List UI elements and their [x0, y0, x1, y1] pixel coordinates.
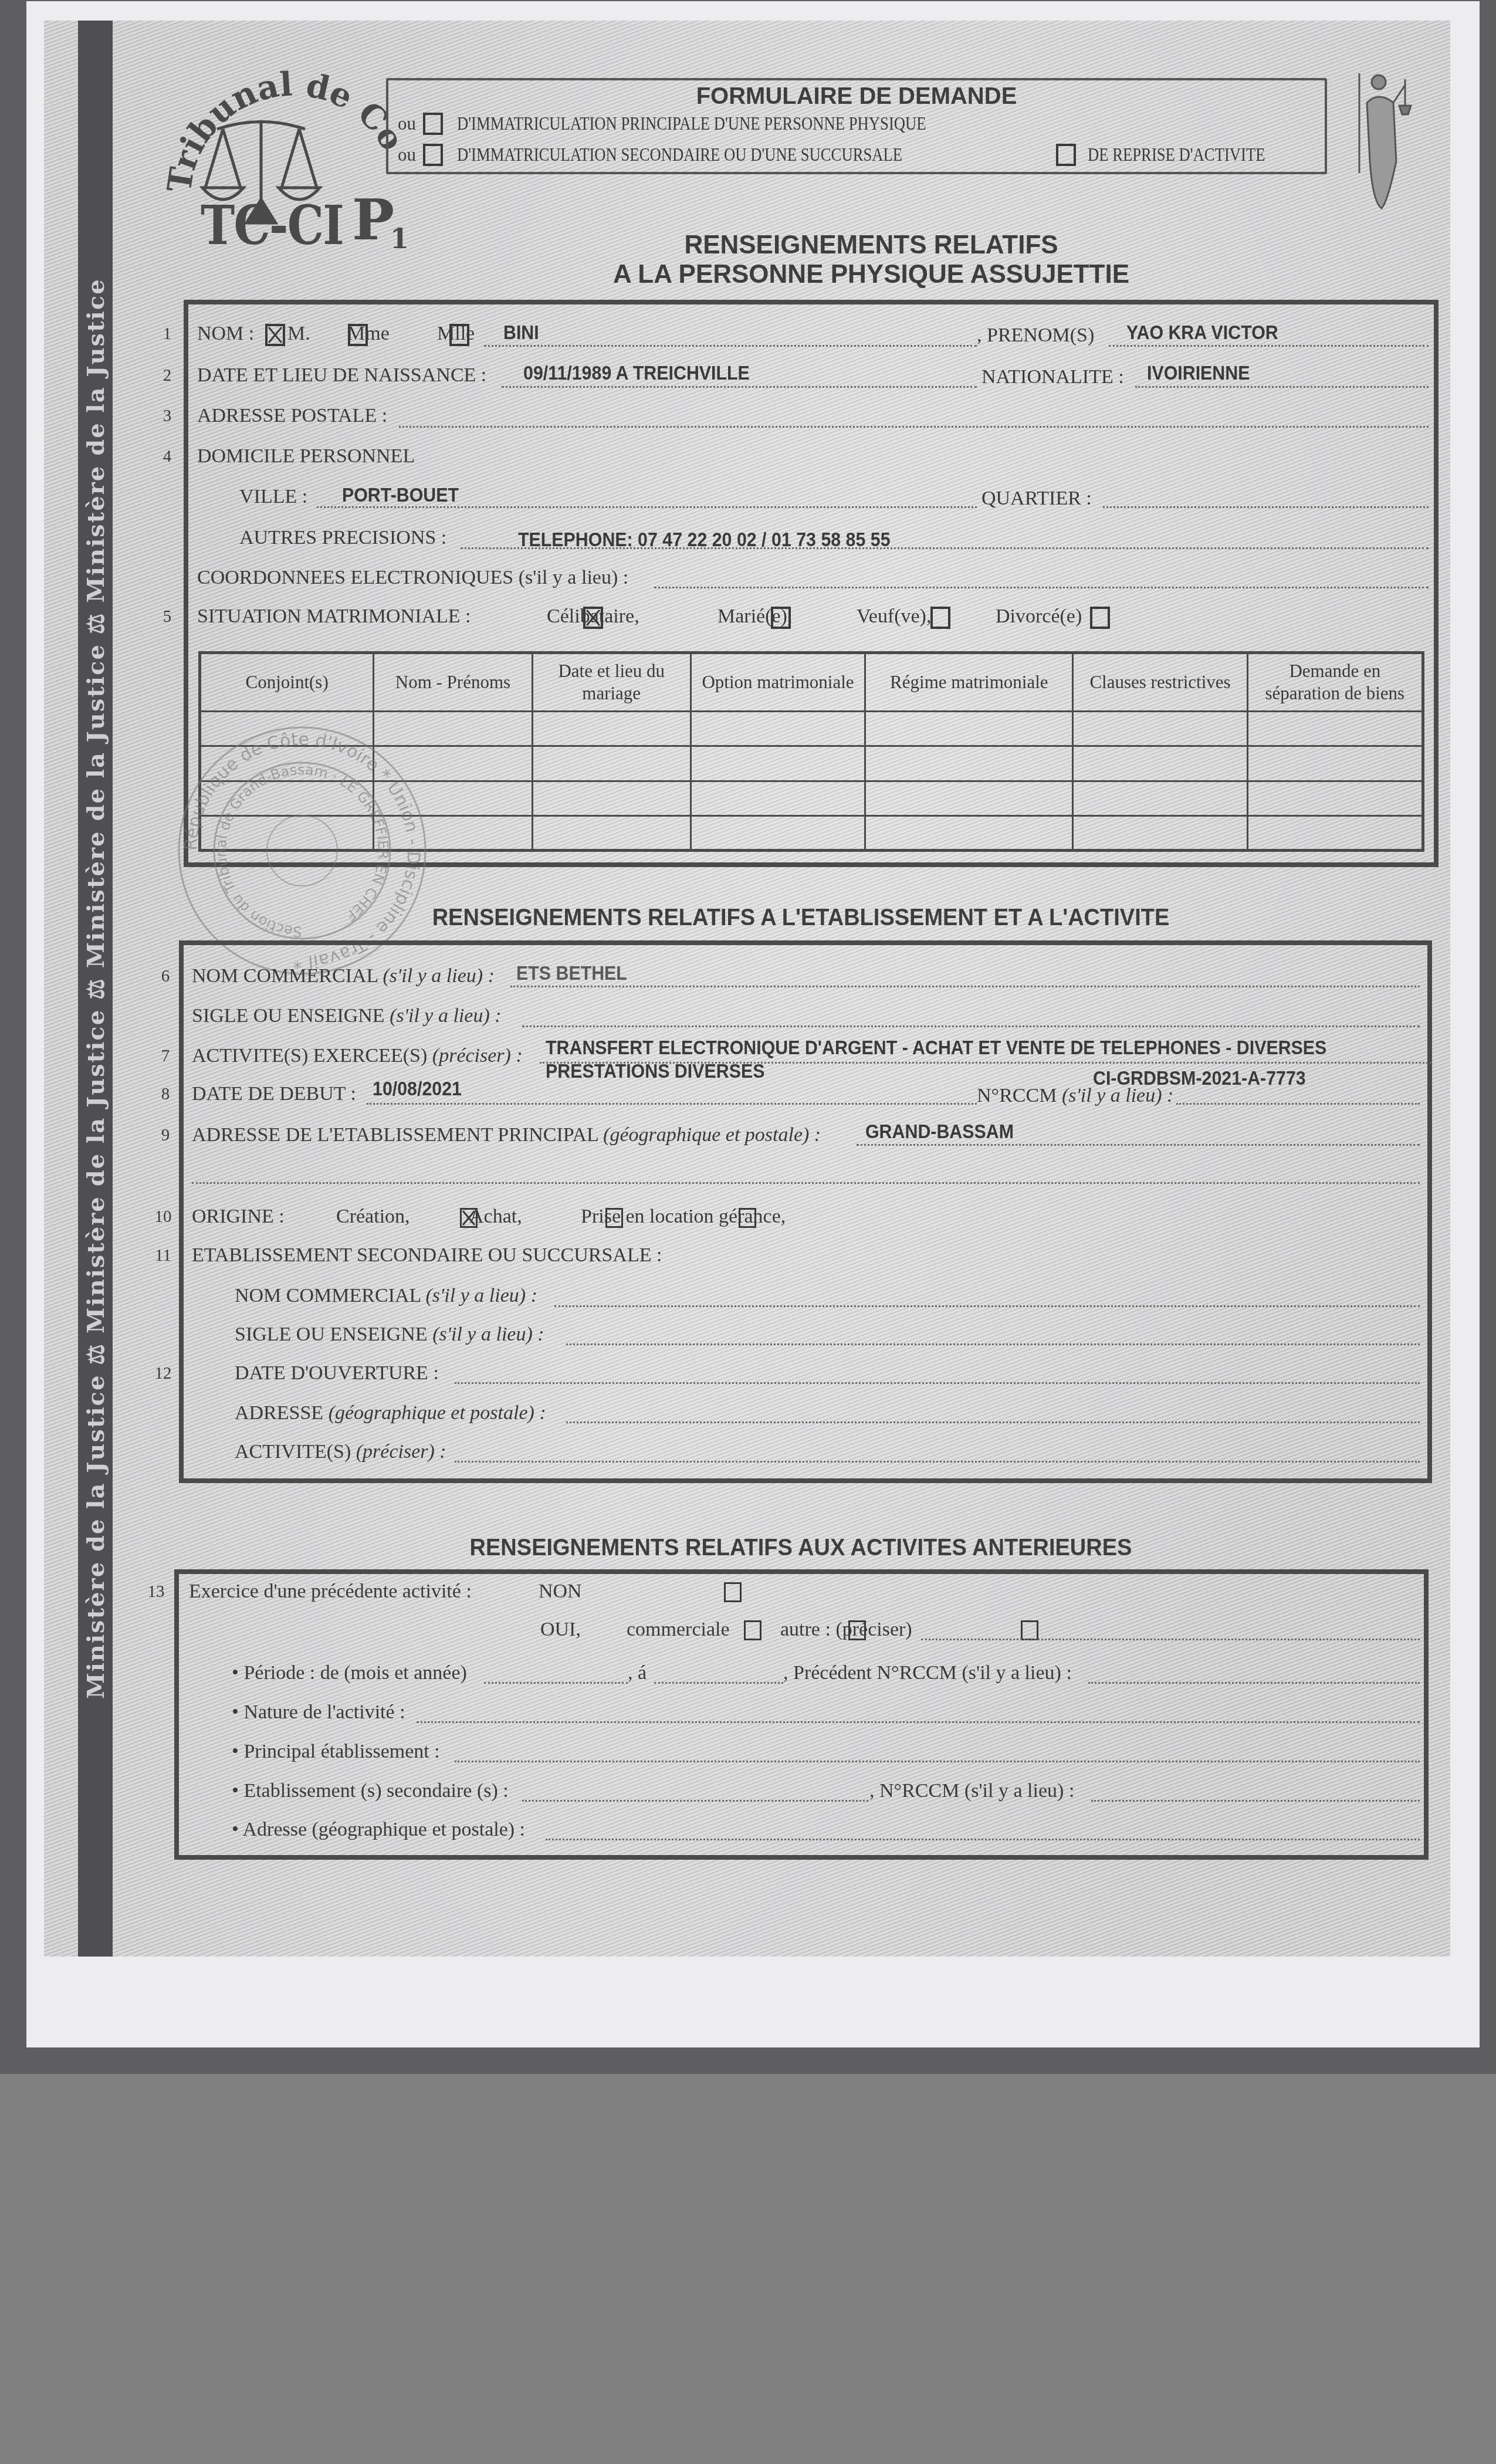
- section1-title-line2: A LA PERSONNE PHYSIQUE ASSUJETTIE: [123, 260, 1496, 289]
- checkbox-oui[interactable]: [744, 1620, 761, 1640]
- sigle-label: SIGLE OU ENSEIGNE (s'il y a lieu) :: [192, 1005, 502, 1027]
- etablissement-secondaire-field[interactable]: [522, 1800, 868, 1802]
- autre-field[interactable]: [921, 1639, 1420, 1640]
- table-cell[interactable]: [200, 815, 374, 850]
- sec-nom-commercial-label: NOM COMMERCIAL (s'il y a lieu) :: [235, 1285, 537, 1307]
- table-cell[interactable]: [691, 781, 865, 815]
- creation-label: Création,: [336, 1206, 410, 1228]
- sec-date-ouverture-field[interactable]: [455, 1382, 1420, 1384]
- etablissement-secondaire-label: ETABLISSEMENT SECONDAIRE OU SUCCURSALE :: [192, 1244, 662, 1267]
- label-text: ADRESSE DE L'ETABLISSEMENT PRINCIPAL: [192, 1124, 598, 1146]
- table-cell[interactable]: [200, 712, 374, 746]
- checkbox-immatriculation-principale[interactable]: [423, 113, 443, 135]
- sec-activites-label: ACTIVITE(S) (préciser) :: [235, 1441, 446, 1463]
- sec-sigle-field[interactable]: [566, 1343, 1420, 1345]
- table-row: [200, 781, 1423, 815]
- line-number: 2: [155, 366, 179, 385]
- section3-title: RENSEIGNEMENTS RELATIFS AUX ACTIVITES AN…: [90, 1535, 1496, 1561]
- label-text: SIGLE OU ENSEIGNE: [192, 1005, 385, 1027]
- situation-label: SITUATION MATRIMONIALE :: [197, 605, 471, 628]
- principal-etablissement-field[interactable]: [455, 1761, 1420, 1762]
- table-cell[interactable]: [1073, 746, 1247, 781]
- adresse-postale-label: ADRESSE POSTALE :: [197, 405, 387, 427]
- adresse-etablissement-field[interactable]: [857, 1144, 1420, 1146]
- domicile-label: DOMICILE PERSONNEL: [197, 445, 415, 468]
- col-date-lieu-mariage: Date et lieu du mariage: [532, 653, 691, 712]
- exercice-label: Exercice d'une précédente activité :: [189, 1580, 472, 1603]
- sec-adresse-label: ADRESSE (géographique et postale) :: [235, 1402, 546, 1424]
- table-cell[interactable]: [1073, 781, 1247, 815]
- precedent-rccm-field[interactable]: [1088, 1682, 1420, 1684]
- prenom-field[interactable]: [1109, 345, 1429, 347]
- checkbox-civilite-m[interactable]: [265, 324, 285, 346]
- adresse-etablissement-label: ADRESSE DE L'ETABLISSEMENT PRINCIPAL (gé…: [192, 1124, 821, 1146]
- label-hint: (géographique et postale) :: [329, 1402, 546, 1424]
- form-title: FORMULAIRE DE DEMANDE: [692, 83, 1021, 110]
- quartier-label: QUARTIER :: [981, 488, 1092, 510]
- sec-sigle-label: SIGLE OU ENSEIGNE (s'il y a lieu) :: [235, 1324, 544, 1346]
- option-label: DE REPRISE D'ACTIVITE: [1088, 144, 1265, 165]
- date-debut-field[interactable]: [367, 1103, 977, 1105]
- checkbox-reprise-activite[interactable]: [1056, 144, 1076, 166]
- oui-label: OUI,: [540, 1619, 581, 1641]
- secondaire-rccm-label: , N°RCCM (s'il y a lieu) :: [869, 1780, 1074, 1802]
- sec-nom-commercial-field[interactable]: [554, 1305, 1420, 1307]
- adresse-etablissement-field-2[interactable]: [192, 1182, 1420, 1184]
- label-hint: (géographique et postale) :: [603, 1124, 821, 1146]
- achat-label: Achat,: [469, 1206, 522, 1228]
- option-reprise-activite: DE REPRISE D'ACTIVITE: [1056, 144, 1294, 166]
- label-hint: (s'il y a lieu) :: [390, 1005, 501, 1027]
- rccm-label: N°RCCM (s'il y a lieu) :: [977, 1085, 1173, 1107]
- non-label: NON: [539, 1580, 582, 1603]
- line-number: 4: [155, 447, 179, 466]
- adresse-etablissement-value: GRAND-BASSAM: [865, 1121, 1014, 1143]
- line-number: 13: [144, 1582, 168, 1602]
- col-nom-prenoms: Nom - Prénoms: [374, 653, 532, 712]
- nationalite-field[interactable]: [1135, 386, 1429, 388]
- nom-label: NOM :: [197, 323, 254, 345]
- civilite-mme-label: Mme: [347, 323, 390, 345]
- label-text: NOM COMMERCIAL: [192, 965, 378, 987]
- table-cell[interactable]: [532, 815, 691, 850]
- sigle-field[interactable]: [522, 1025, 1420, 1027]
- checkbox-immatriculation-secondaire[interactable]: [423, 144, 443, 166]
- table-header-row: Conjoint(s) Nom - Prénoms Date et lieu d…: [200, 653, 1423, 712]
- checkbox-veuf[interactable]: [930, 607, 950, 629]
- nationalite-value: IVOIRIENNE: [1147, 362, 1250, 384]
- table-cell[interactable]: [691, 712, 865, 746]
- marie-label: Marié(e),: [717, 605, 792, 628]
- line-number: 10: [151, 1207, 175, 1227]
- table-cell[interactable]: [1247, 781, 1423, 815]
- option-immatriculation-principale: ou D'IMMATRICULATION PRINCIPALE D'UNE PE…: [398, 113, 1003, 135]
- label-hint: (s'il y a lieu) :: [432, 1324, 544, 1345]
- checkbox-divorce[interactable]: [1090, 607, 1110, 629]
- table-cell[interactable]: [374, 815, 532, 850]
- section2-title: RENSEIGNEMENTS RELATIFS A L'ETABLISSEMEN…: [90, 905, 1496, 931]
- option-immatriculation-secondaire: ou D'IMMATRICULATION SECONDAIRE OU D'UNE…: [398, 144, 975, 166]
- nature-activite-label: • Nature de l'activité :: [232, 1701, 405, 1724]
- nationalite-label: NATIONALITE :: [981, 366, 1124, 388]
- label-hint: (s'il y a lieu) :: [1062, 1085, 1173, 1106]
- etablissement-secondaire-label: • Etablissement (s) secondaire (s) :: [232, 1780, 509, 1802]
- col-regime-matrimonial: Régime matrimoniale: [865, 653, 1073, 712]
- table-cell[interactable]: [200, 746, 374, 781]
- table-cell[interactable]: [691, 815, 865, 850]
- table-cell[interactable]: [532, 712, 691, 746]
- table-cell[interactable]: [865, 746, 1073, 781]
- coordonnees-label: COORDONNEES ELECTRONIQUES (s'il y a lieu…: [197, 567, 628, 589]
- lady-justice-icon: [1346, 56, 1417, 226]
- periode-a-field[interactable]: [654, 1682, 783, 1684]
- periode-de-field[interactable]: [484, 1682, 628, 1684]
- table-cell[interactable]: [691, 746, 865, 781]
- adresse-postale-field[interactable]: [399, 426, 1429, 428]
- activites-label: ACTIVITE(S) EXERCEE(S) (préciser) :: [192, 1045, 523, 1067]
- sec-adresse-field[interactable]: [566, 1421, 1420, 1423]
- coordonnees-field[interactable]: [654, 587, 1429, 588]
- date-debut-label: DATE DE DEBUT :: [192, 1083, 356, 1105]
- nom-value: BINI: [503, 321, 539, 344]
- col-clauses-restrictives: Clauses restrictives: [1073, 653, 1247, 712]
- commerciale-label: commerciale: [627, 1619, 730, 1641]
- table-row: [200, 712, 1423, 746]
- activites-value-line2: PRESTATIONS DIVERSES: [546, 1060, 764, 1082]
- label-hint: (préciser) :: [356, 1441, 446, 1463]
- divorce-label: Divorcé(e): [996, 605, 1082, 628]
- prenom-label: , PRENOM(S): [977, 324, 1094, 347]
- veuf-label: Veuf(ve),: [857, 605, 931, 628]
- table-row: [200, 815, 1423, 850]
- line-number: 8: [154, 1085, 177, 1104]
- table-cell[interactable]: [200, 781, 374, 815]
- civilite-m-label: M.: [287, 323, 310, 345]
- ville-label: VILLE :: [239, 486, 307, 508]
- autres-precisions-value: TELEPHONE: 07 47 22 20 02 / 01 73 58 85 …: [518, 529, 891, 551]
- location-gerance-label: Prise en location gérance,: [581, 1206, 786, 1228]
- ministry-banner-text: Ministère de la Justice ⚖ Ministère de l…: [78, 21, 113, 1957]
- table-cell[interactable]: [374, 746, 532, 781]
- activites-value-line1: TRANSFERT ELECTRONIQUE D'ARGENT - ACHAT …: [546, 1037, 1326, 1059]
- nom-field[interactable]: [484, 345, 977, 347]
- nom-commercial-label: NOM COMMERCIAL (s'il y a lieu) :: [192, 965, 495, 987]
- table-cell[interactable]: [532, 781, 691, 815]
- periode-label: • Période : de (mois et année): [232, 1662, 467, 1684]
- label-text: NOM COMMERCIAL: [235, 1285, 421, 1307]
- option-prefix: ou: [398, 144, 416, 165]
- checkbox-autre[interactable]: [1021, 1620, 1038, 1640]
- secondaire-rccm-field[interactable]: [1091, 1800, 1420, 1802]
- table-row: [200, 746, 1423, 781]
- marital-table: Conjoint(s) Nom - Prénoms Date et lieu d…: [198, 651, 1424, 852]
- sec-activites-field[interactable]: [455, 1461, 1420, 1463]
- date-debut-value: 10/08/2021: [373, 1078, 462, 1100]
- table-cell[interactable]: [865, 815, 1073, 850]
- line-number: 7: [154, 1047, 177, 1066]
- line-number: 1: [155, 324, 179, 344]
- sec-date-ouverture-label: DATE D'OUVERTURE :: [235, 1362, 439, 1385]
- label-hint: (s'il y a lieu) :: [383, 965, 495, 987]
- option-label: D'IMMATRICULATION SECONDAIRE OU D'UNE SU…: [457, 144, 902, 165]
- quartier-field[interactable]: [1103, 506, 1429, 508]
- nom-commercial-field[interactable]: [510, 986, 1420, 987]
- line-number: 5: [155, 607, 179, 627]
- precedent-rccm-label: , Précédent N°RCCM (s'il y a lieu) :: [783, 1662, 1072, 1684]
- table-cell[interactable]: [374, 712, 532, 746]
- prenom-value: YAO KRA VICTOR: [1126, 321, 1278, 344]
- table-cell[interactable]: [1247, 712, 1423, 746]
- label-text: ACTIVITE(S) EXERCEE(S): [192, 1045, 427, 1067]
- celibataire-label: Célibataire,: [547, 605, 639, 628]
- table-cell[interactable]: [865, 781, 1073, 815]
- nature-activite-field[interactable]: [417, 1721, 1420, 1723]
- line-number: 9: [154, 1126, 177, 1145]
- checkbox-non[interactable]: [724, 1582, 742, 1602]
- autre-label: autre : (préciser): [780, 1619, 912, 1641]
- col-conjoints: Conjoint(s): [200, 653, 374, 712]
- line-number: 12: [151, 1364, 175, 1383]
- col-separation-biens: Demande en séparation de biens: [1247, 653, 1423, 712]
- adresse-anterieure-label: • Adresse (géographique et postale) :: [232, 1819, 525, 1841]
- label-text: ADRESSE: [235, 1402, 323, 1424]
- ville-field[interactable]: [317, 506, 977, 508]
- origine-label: ORIGINE :: [192, 1206, 285, 1228]
- rccm-field[interactable]: [1176, 1103, 1420, 1105]
- label-text: N°RCCM: [977, 1085, 1057, 1106]
- naissance-value: 09/11/1989 A TREICHVILLE: [523, 362, 750, 384]
- table-cell[interactable]: [532, 746, 691, 781]
- line-number: 6: [154, 967, 177, 986]
- line-number: 11: [151, 1246, 175, 1265]
- adresse-anterieure-field[interactable]: [546, 1839, 1420, 1840]
- table-cell[interactable]: [1247, 746, 1423, 781]
- option-prefix: ou: [398, 113, 416, 134]
- autres-precisions-label: AUTRES PRECISIONS :: [239, 527, 446, 549]
- periode-a-label: , á: [628, 1662, 647, 1684]
- table-cell[interactable]: [1247, 815, 1423, 850]
- option-label: D'IMMATRICULATION PRINCIPALE D'UNE PERSO…: [457, 113, 926, 134]
- civilite-mlle-label: Mlle: [437, 323, 475, 345]
- label-text: SIGLE OU ENSEIGNE: [235, 1324, 428, 1345]
- nom-commercial-value: ETS BETHEL: [516, 962, 627, 984]
- table-cell[interactable]: [374, 781, 532, 815]
- label-hint: (s'il y a lieu) :: [426, 1285, 537, 1307]
- naissance-field[interactable]: [502, 386, 977, 388]
- table-cell[interactable]: [865, 712, 1073, 746]
- col-option-matrimoniale: Option matrimoniale: [691, 653, 865, 712]
- table-cell[interactable]: [1073, 815, 1247, 850]
- ministry-banner: Ministère de la Justice ⚖ Ministère de l…: [78, 21, 113, 1957]
- ville-value: PORT-BOUET: [342, 484, 459, 506]
- section1-title-line1: RENSEIGNEMENTS RELATIFS: [123, 231, 1496, 260]
- table-cell[interactable]: [1073, 712, 1247, 746]
- label-hint: (préciser) :: [432, 1045, 523, 1067]
- line-number: 3: [155, 407, 179, 426]
- label-text: ACTIVITE(S): [235, 1441, 351, 1463]
- naissance-label: DATE ET LIEU DE NAISSANCE :: [197, 364, 486, 387]
- principal-etablissement-label: • Principal établissement :: [232, 1741, 440, 1763]
